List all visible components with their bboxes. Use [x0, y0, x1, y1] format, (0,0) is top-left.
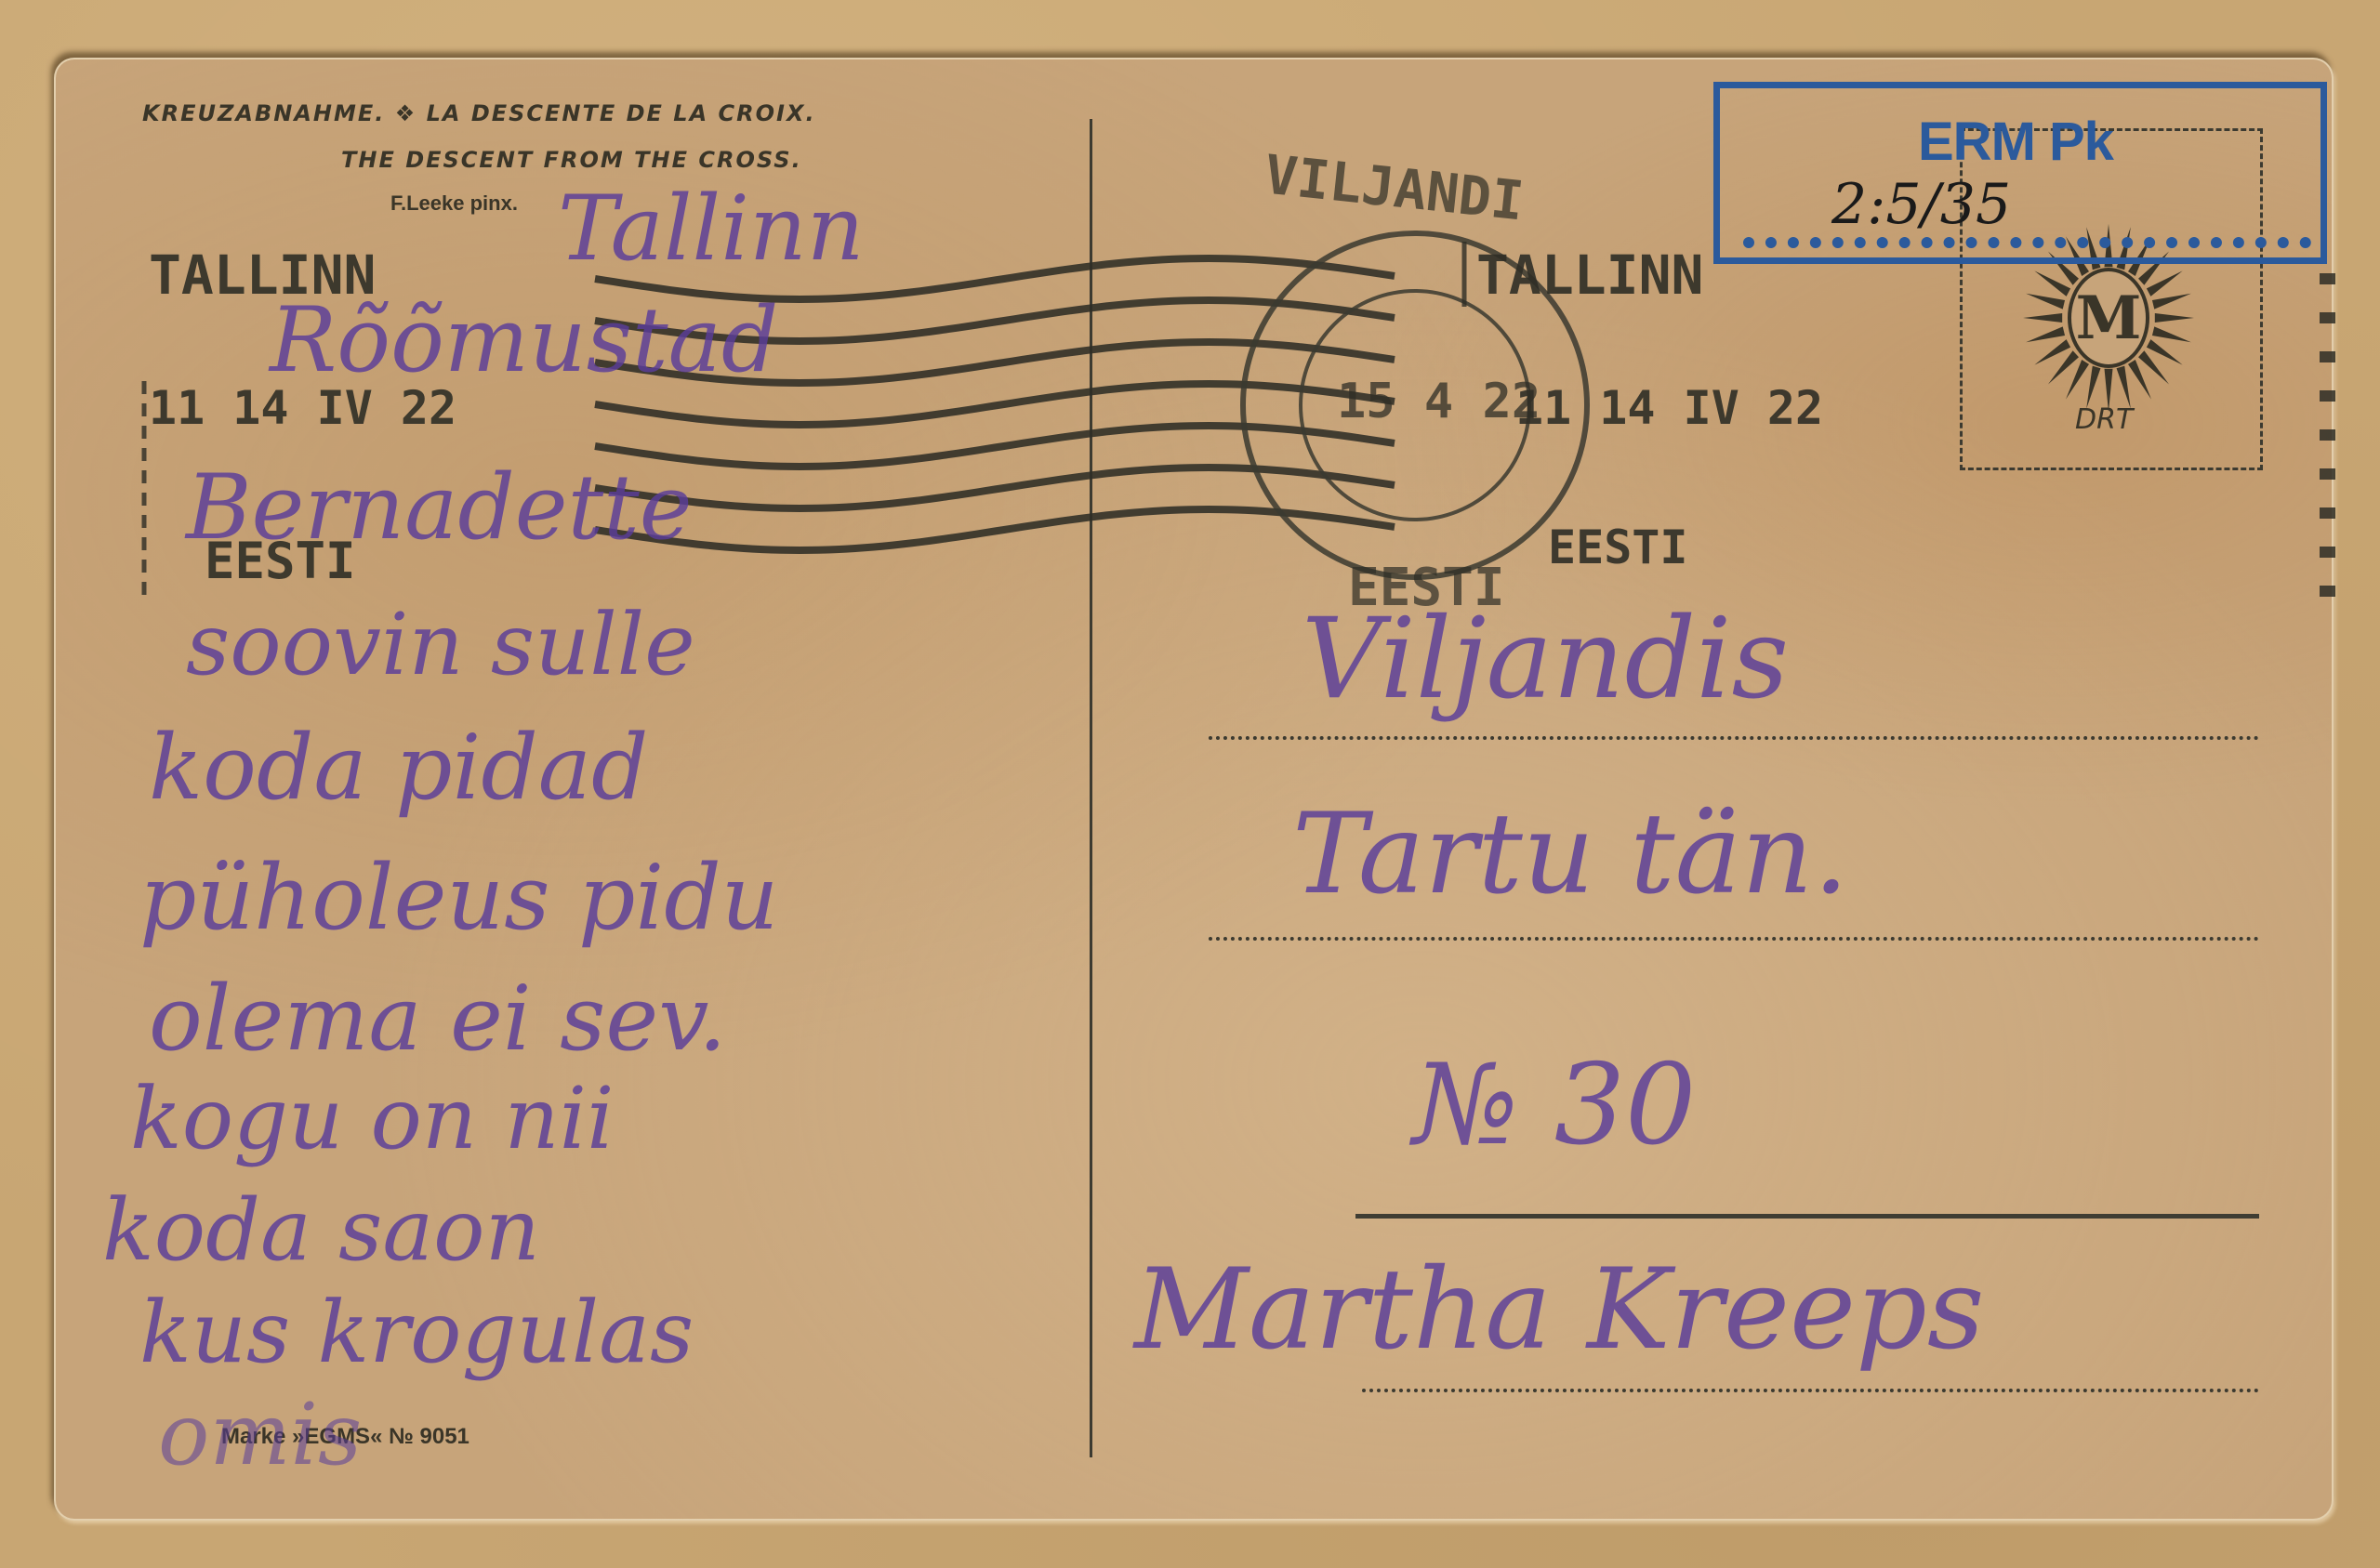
message-line-11: omis	[158, 1385, 362, 1484]
message-line-2: Rõõmustad	[270, 288, 778, 392]
message-line-3: Bernadette	[186, 455, 693, 560]
message-line-8: kogu on nii	[130, 1069, 615, 1168]
message-line-7: olema ei sev.	[149, 967, 727, 1071]
message-line-9: koda saon	[102, 1180, 540, 1280]
message-line-6: püholeus pidu	[139, 846, 778, 950]
machine-postmark-date-right: 11 14 IV 22	[1515, 381, 1823, 435]
circular-postmark-date: 15 4 22	[1337, 374, 1540, 429]
machine-postmark-city-right: TALLINN	[1476, 244, 1703, 307]
message-line-5: koda pidad	[149, 716, 648, 820]
message-line-1: Tallinn	[558, 177, 865, 281]
archive-stamp-title: ERM Pk	[1918, 111, 2113, 173]
message-line-10: kus krogulas	[139, 1283, 694, 1382]
archive-stamp-dotted-line	[1743, 237, 2311, 248]
message-line-4: soovin sulle	[186, 595, 695, 694]
machine-postmark-country-right: EESTI	[1548, 520, 1688, 574]
archive-stamp-number: 2:5/35	[1831, 172, 2011, 237]
address-street: Tartu tän.	[1292, 790, 1848, 919]
svg-text:M: M	[2076, 283, 2142, 353]
archive-stamp: ERM Pk 2:5/35	[1713, 82, 2327, 264]
address-city: Viljandis	[1302, 595, 1789, 724]
address-number: № 30	[1413, 1041, 1696, 1170]
address-recipient: Martha Kreeps	[1134, 1245, 1984, 1375]
